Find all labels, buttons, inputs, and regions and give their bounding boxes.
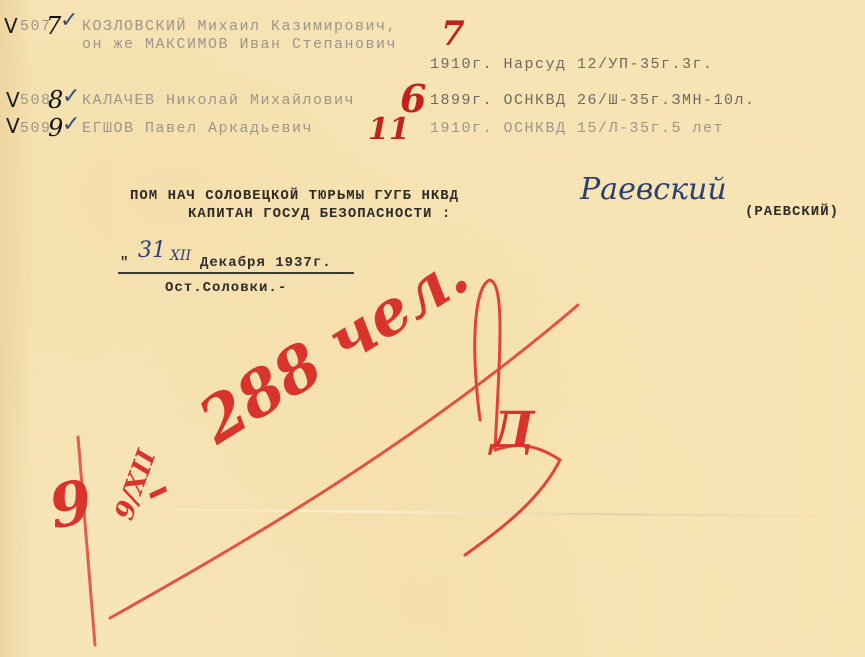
resolution-initial: Д: [490, 400, 534, 459]
red-pencil-strokes: [0, 0, 865, 657]
